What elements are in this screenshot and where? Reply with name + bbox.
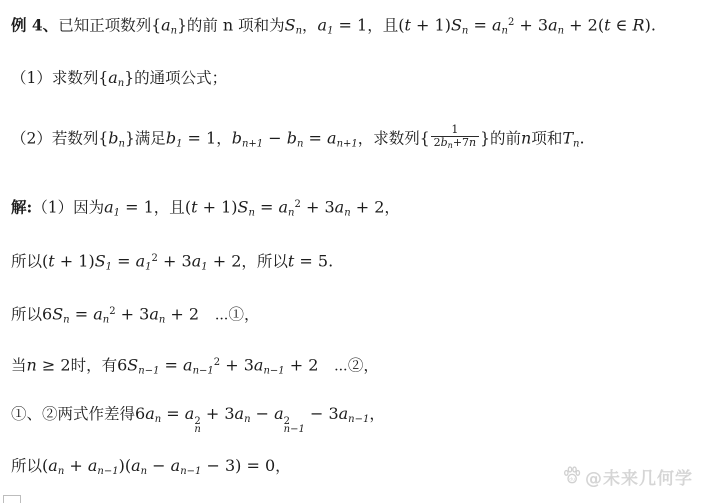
text-run: 时，有 (71, 357, 118, 375)
math-run: a (108, 68, 118, 87)
text-run: ， (275, 457, 291, 475)
math-run: ). (645, 16, 656, 35)
math-run: )( (119, 456, 131, 475)
math-run: + 3 (514, 16, 548, 35)
math-run: n (27, 356, 37, 375)
math-run: + 2( (564, 16, 604, 35)
math-run: S (238, 198, 249, 217)
text-run: ，且 (154, 199, 185, 217)
svg-text:du: du (569, 476, 575, 482)
text-run: ，所以 (241, 253, 288, 271)
math-run: R (633, 16, 645, 35)
line-solution-step-1: 解:（1）因为a1 = 1，且(t + 1)Sn = an2 + 3an + 2… (11, 194, 400, 225)
text-run: （1）因为 (32, 199, 104, 217)
math-run: n (521, 128, 531, 147)
math-run: n+1 (337, 138, 358, 149)
text-run: 所以 (11, 457, 42, 475)
math-run: − (251, 404, 275, 423)
line-question-2: （2）若数列{bn}满足b1 = 1，bn+1 − bn = an+1，求数列{… (11, 126, 585, 155)
math-run: − 3 (305, 404, 339, 423)
math-run: + 3 (301, 198, 335, 217)
line-solution-step-6: 所以(an + an−1)(an − an−1 − 3) = 0， (11, 455, 291, 483)
text-run: }满足 (125, 129, 166, 147)
text-run: ， (384, 199, 400, 217)
sup-sub-stack: 2n−1 (284, 418, 305, 434)
text-run: 解: (11, 198, 32, 217)
math-run: a (274, 404, 284, 423)
math-run: − (263, 128, 287, 147)
math-run: S (95, 252, 106, 271)
math-run: + 2 (165, 305, 199, 324)
math-run: + 3 (158, 252, 192, 271)
math-run: a (88, 456, 98, 475)
math-run: S (451, 16, 462, 35)
math-run: a (145, 404, 155, 423)
math-run: = (161, 404, 185, 423)
text-run: （1）求数列{ (11, 69, 108, 87)
math-run: + 1) (55, 252, 95, 271)
text-run: 项和 (531, 129, 562, 147)
text-run: ，且 (367, 17, 398, 35)
math-run: S (285, 16, 296, 35)
math-run: a (93, 305, 103, 324)
math-run: = (70, 305, 94, 324)
math-run: S (52, 305, 63, 324)
math-run: T (562, 128, 573, 147)
math-run: 2 (434, 136, 441, 149)
math-run: = 1 (120, 198, 154, 217)
math-run: 6 (135, 404, 145, 423)
math-run: = (468, 16, 492, 35)
math-run: − 3) = 0 (201, 456, 275, 475)
math-run: + 1) (198, 198, 238, 217)
math-run: a (136, 252, 146, 271)
text-run: ⋯①， (199, 306, 259, 324)
math-run: a (104, 198, 114, 217)
math-run: . (579, 128, 584, 147)
line-problem-statement: 例 4、已知正项数列{an}的前 n 项和为Sn，a1 = 1，且(t + 1)… (11, 12, 656, 43)
math-run: a (183, 356, 193, 375)
math-run: = (112, 252, 136, 271)
math-run: + 2 (351, 198, 385, 217)
math-run: n−1 (348, 414, 369, 425)
math-run: = (255, 198, 279, 217)
math-run: + 3 (220, 356, 254, 375)
math-run: n−1 (138, 366, 159, 377)
math-run: + (64, 456, 88, 475)
math-run: a (327, 128, 337, 147)
math-run: 6 (117, 356, 127, 375)
math-run: +7 (453, 136, 469, 149)
math-run: n−1 (97, 466, 118, 477)
math-run: = 1 (182, 128, 216, 147)
math-run: n−1 (180, 466, 201, 477)
math-run: a (131, 456, 141, 475)
math-run: b (166, 128, 176, 147)
text-run: }的前 (177, 17, 223, 35)
text-run: 当 (11, 357, 27, 375)
watermark-text: @未来几何学 (585, 464, 693, 489)
math-run: b (441, 136, 448, 149)
text-run: ，求数列{ (358, 129, 430, 147)
text-run: ， (216, 129, 232, 147)
math-run: + 1) (411, 16, 451, 35)
text-run: 项和为 (233, 17, 284, 35)
fraction: 12bn+7n (431, 124, 480, 150)
math-run: n−1 (263, 366, 284, 377)
math-run: a (192, 252, 202, 271)
math-run: n (223, 16, 233, 35)
text-run: 例 4、 (11, 16, 58, 35)
text-run: }的通项公式； (124, 69, 227, 87)
line-solution-step-5: ①、②两式作差得6an = a2n + 3an − a2n−1 − 3an−1， (11, 403, 385, 434)
text-run: （2）若数列{ (11, 129, 108, 147)
math-run: a (335, 198, 345, 217)
math-run: = (303, 128, 327, 147)
math-run: 1 (451, 123, 458, 136)
line-solution-step-3: 所以6Sn = an2 + 3an + 2 ⋯①， (11, 301, 260, 332)
math-run: a (339, 404, 349, 423)
math-run: n−1 (193, 366, 214, 377)
math-run: + 3 (116, 305, 150, 324)
math-run: n (469, 136, 476, 149)
clipped-cell-fragment (3, 495, 21, 503)
math-run: + 2 (208, 252, 242, 271)
math-run: S (127, 356, 138, 375)
math-run: a (149, 305, 159, 324)
line-question-1: （1）求数列{an}的通项公式； (11, 67, 227, 95)
math-run: a (235, 404, 245, 423)
text-run: }的前 (480, 129, 521, 147)
math-run: 6 (42, 305, 52, 324)
math-run: − (147, 456, 171, 475)
text-run: ， (302, 17, 318, 35)
math-run: a (548, 16, 558, 35)
text-run: 已知正项数列{ (58, 17, 161, 35)
baidu-paw-icon: du (562, 465, 582, 489)
math-run: b (108, 128, 118, 147)
math-run: ∈ (611, 16, 633, 35)
line-solution-step-4: 当n ≥ 2时，有6Sn−1 = an−12 + 3an−1 + 2 ⋯②， (11, 352, 379, 383)
math-run: = (159, 356, 183, 375)
math-run: a (48, 456, 58, 475)
math-run: a (171, 456, 181, 475)
math-run: a (318, 16, 328, 35)
math-document: 例 4、已知正项数列{an}的前 n 项和为Sn，a1 = 1，且(t + 1)… (0, 0, 705, 503)
line-solution-step-2: 所以(t + 1)S1 = a12 + 3a1 + 2，所以t = 5. (11, 248, 333, 279)
math-run: a (161, 16, 171, 35)
math-run: b (232, 128, 242, 147)
math-run: b (287, 128, 297, 147)
math-run: a (279, 198, 289, 217)
math-run: = 5. (294, 252, 333, 271)
text-run: ， (369, 405, 385, 423)
text-run: 所以 (11, 306, 42, 324)
text-run: ⋯②， (318, 357, 378, 375)
math-run: + 2 (285, 356, 319, 375)
math-run: ≥ 2 (37, 356, 71, 375)
text-run: 所以 (11, 253, 42, 271)
math-run: a (185, 404, 195, 423)
math-run: n+1 (242, 138, 263, 149)
watermark: du @未来几何学 (562, 464, 693, 489)
text-run: ①、②两式作差得 (11, 405, 135, 423)
math-run: + 3 (201, 404, 235, 423)
math-run: = 1 (333, 16, 367, 35)
